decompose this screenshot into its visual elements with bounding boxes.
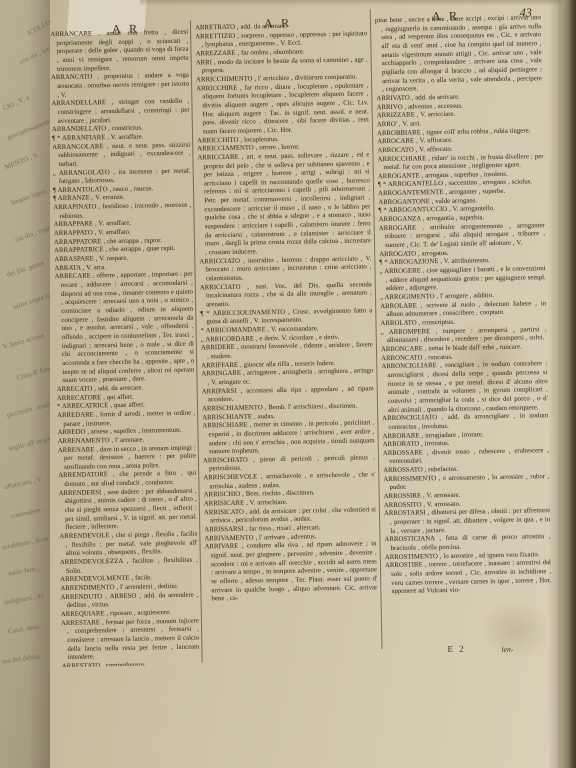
text-column-1: ARRANCARE , andar con fretta , dicesi pr… bbox=[50, 29, 200, 667]
text-column-2: ARRETRATO , add. da arretrare.ARRETTIZIO… bbox=[195, 21, 379, 658]
facing-page-text-fragment: dei Dit. pietre bbox=[6, 259, 45, 279]
facing-page-text-fragment: sabie ferri , bbox=[8, 564, 41, 577]
facing-page-text-fragment: affaticarsi , V. bbox=[4, 475, 44, 492]
signature-mark: E 2 bbox=[447, 644, 465, 654]
facing-page-text-fragment: V. lance accese. bbox=[2, 331, 47, 351]
catchword: len- bbox=[501, 645, 513, 654]
page-top-edge bbox=[140, 0, 576, 6]
facing-page-text-fragment: CIO , V. a bbox=[2, 94, 31, 113]
dictionary-entry: ARRENDEVOLE , che si piega , flexilis , … bbox=[59, 531, 197, 559]
dictionary-entry: ARRICCIARE , att. e neut. pass. sollevar… bbox=[197, 151, 371, 258]
facing-page-text-fragment: Catal. desti bbox=[8, 623, 40, 636]
dictionary-entry: ARRANCATO , properatus : andare a voga a… bbox=[51, 72, 189, 100]
text-column-3: pitar bene , uscire a bene , bene accipi… bbox=[375, 14, 553, 647]
dictionary-page: A R A R A R 43 ARRANCARE , andar con fre… bbox=[50, 0, 558, 768]
dictionary-entry: ARRESTARE , fermar per forza , manum inj… bbox=[61, 617, 200, 663]
dictionary-entry: pitar bene , uscire a bene , bene accipi… bbox=[375, 14, 542, 95]
facing-page-text-fragment: arrabbiato , ferm bbox=[2, 535, 50, 552]
facing-page-text-fragment: ma del debito bbox=[2, 652, 41, 665]
dictionary-entry: ARRANCARE , andar con fretta , dicesi pr… bbox=[50, 29, 189, 75]
facing-page-text-fragment: contendere , bbox=[10, 506, 45, 521]
dictionary-entry: ARROSTIRE , torrere , torrefacere , inas… bbox=[385, 559, 552, 597]
dictionary-entry: ARRENDERSI , sese dedere : per abbandona… bbox=[59, 487, 198, 533]
dictionary-entry: ARRONCIGLIARE , roncigliare , in nodum c… bbox=[381, 360, 548, 415]
dictionary-entry: ARRICCIATO , inorridito , horrens : drap… bbox=[199, 255, 371, 284]
page-text-layer: A R A R A R 43 ARRANCARE , andar con fre… bbox=[38, 0, 560, 768]
dictionary-entry: ARRANGOLARE , neut. e neut. pass. stizzi… bbox=[52, 141, 190, 169]
dictionary-entry: ARRANDELLARE , stringer con randello , c… bbox=[51, 98, 189, 126]
dictionary-entry: ARRECARE , offerre , apportare , importa… bbox=[55, 271, 195, 386]
dictionary-entry: ARRIVARE , condurre alla riva , ad ripam… bbox=[205, 541, 378, 605]
dictionary-entry: ARROCCHIARE , ridurr' in rocchi , in fru… bbox=[377, 153, 543, 173]
dictionary-entry: ARRISCHIARE , metter in cimento , in per… bbox=[202, 419, 375, 457]
dictionary-entry: „ ARROGERE , cioe agguagliare i baratti … bbox=[379, 265, 545, 294]
dictionary-entry: „ ARROMPERE , rumpere : arrompersi , par… bbox=[381, 326, 547, 346]
facing-page-text-fragment: MENTO , V. bbox=[4, 151, 40, 172]
dictionary-entry: ARROGARE , attribuire arrogantemente , a… bbox=[379, 222, 545, 251]
facing-page-text-fragment: indignarsi , de bbox=[4, 592, 45, 607]
dictionary-entry: ARRICCIATO , sust. Voc. del Dis. quella … bbox=[200, 281, 372, 310]
dictionary-entry: ARROSTARSI , dibattersi per difesa , obn… bbox=[384, 507, 550, 536]
dictionary-entry: ARRENARE , dare in secco , in arenam imp… bbox=[58, 444, 196, 472]
dictionary-entry: ARRICCHIRE , far ricco , ditare , locupl… bbox=[196, 82, 369, 137]
book-fore-edge bbox=[548, 0, 576, 768]
book-scan-photo: ICOLLO ,con ira , irasCIO , V. aprecipit… bbox=[0, 0, 576, 768]
